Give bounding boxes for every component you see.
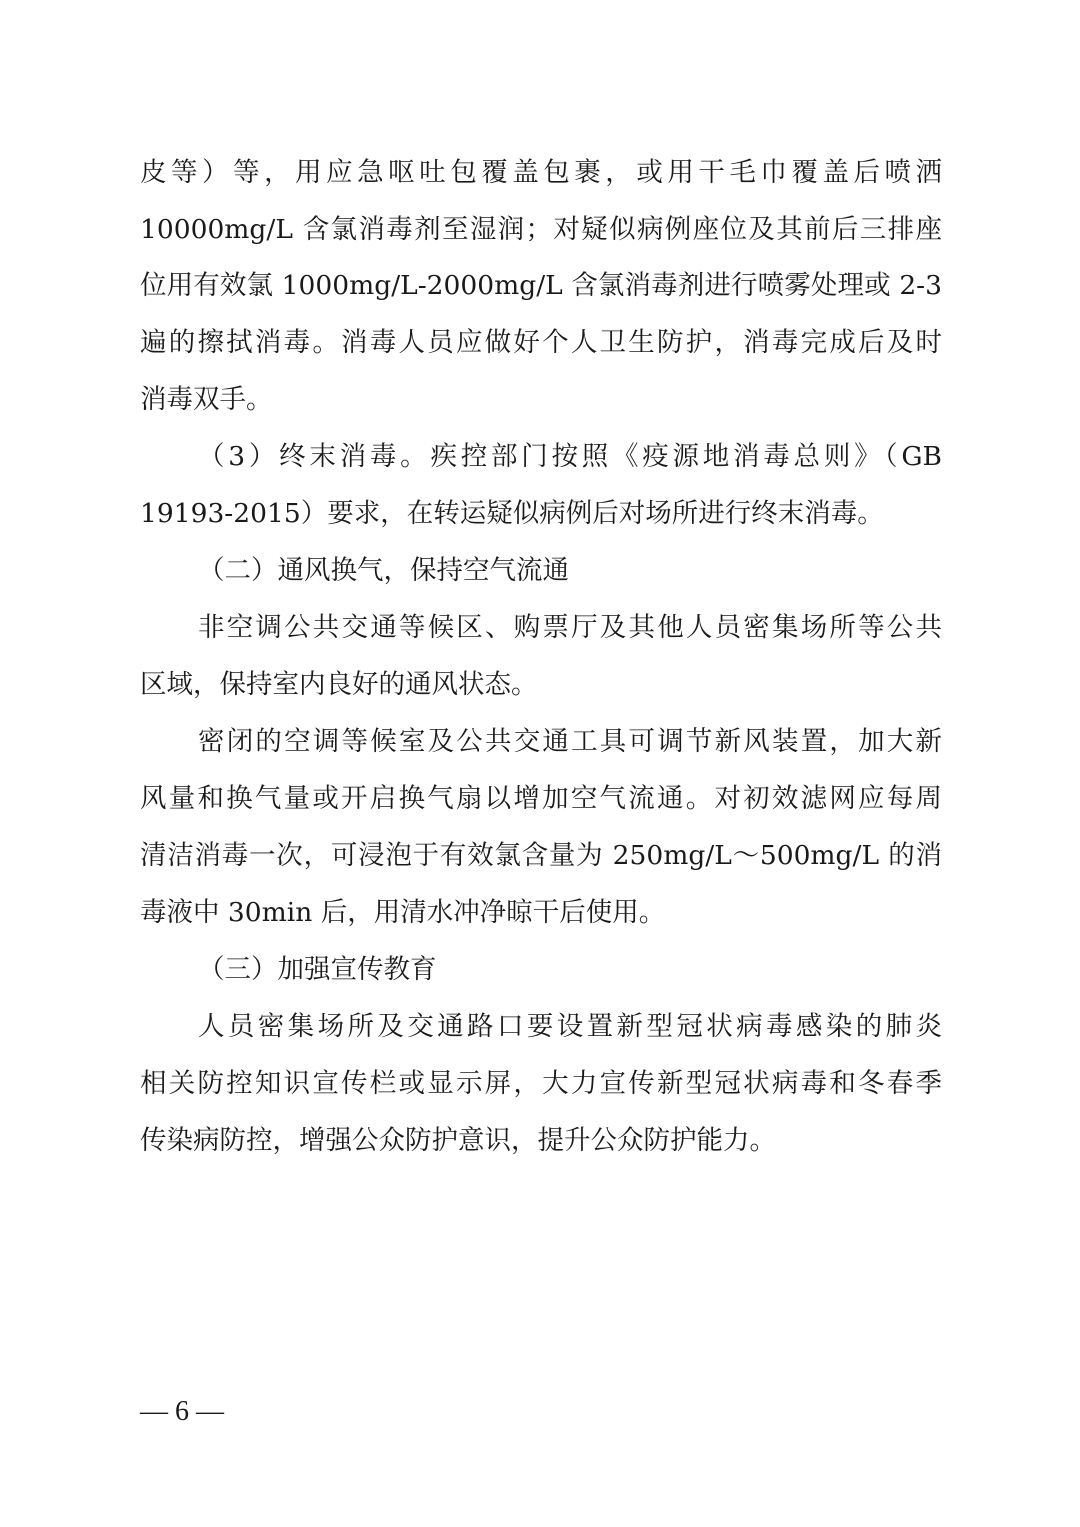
body-line: 皮等）等，用应急呕吐包覆盖包裹，或用干毛巾覆盖后喷洒 [140, 153, 942, 193]
body-line: 消毒双手。 [140, 380, 942, 420]
body-line: 区域，保持室内良好的通风状态。 [140, 665, 942, 705]
page-number: — 6 — [140, 1392, 224, 1432]
body-line: 毒液中 30min 后，用清水冲净晾干后使用。 [140, 893, 942, 933]
document-page: 皮等）等，用应急呕吐包覆盖包裹，或用干毛巾覆盖后喷洒 10000mg/L 含氯消… [0, 0, 1080, 1527]
body-line: 位用有效氯 1000mg/L-2000mg/L 含氯消毒剂进行喷雾处理或 2-3 [140, 266, 942, 306]
paragraph-first-line: （3）终末消毒。疾控部门按照《疫源地消毒总则》（GB [198, 437, 942, 477]
section-heading: （二）通风换气，保持空气流通 [198, 551, 942, 591]
paragraph-first-line: 非空调公共交通等候区、购票厅及其他人员密集场所等公共 [198, 608, 942, 648]
body-line: 相关防控知识宣传栏或显示屏，大力宣传新型冠状病毒和冬春季 [140, 1064, 942, 1104]
body-line: 传染病防控，增强公众防护意识，提升公众防护能力。 [140, 1121, 942, 1161]
paragraph-first-line: 密闭的空调等候室及公共交通工具可调节新风装置，加大新 [198, 722, 942, 762]
body-line: 风量和换气量或开启换气扇以增加空气流通。对初效滤网应每周 [140, 779, 942, 819]
body-line: 遍的擦拭消毒。消毒人员应做好个人卫生防护，消毒完成后及时 [140, 323, 942, 363]
body-line: 10000mg/L 含氯消毒剂至湿润；对疑似病例座位及其前后三排座 [140, 210, 942, 250]
body-line: 清洁消毒一次，可浸泡于有效氯含量为 250mg/L～500mg/L 的消 [140, 836, 942, 876]
section-heading: （三）加强宣传教育 [198, 950, 942, 990]
body-line: 19193-2015）要求，在转运疑似病例后对场所进行终末消毒。 [140, 494, 942, 534]
paragraph-first-line: 人员密集场所及交通路口要设置新型冠状病毒感染的肺炎 [198, 1007, 942, 1047]
